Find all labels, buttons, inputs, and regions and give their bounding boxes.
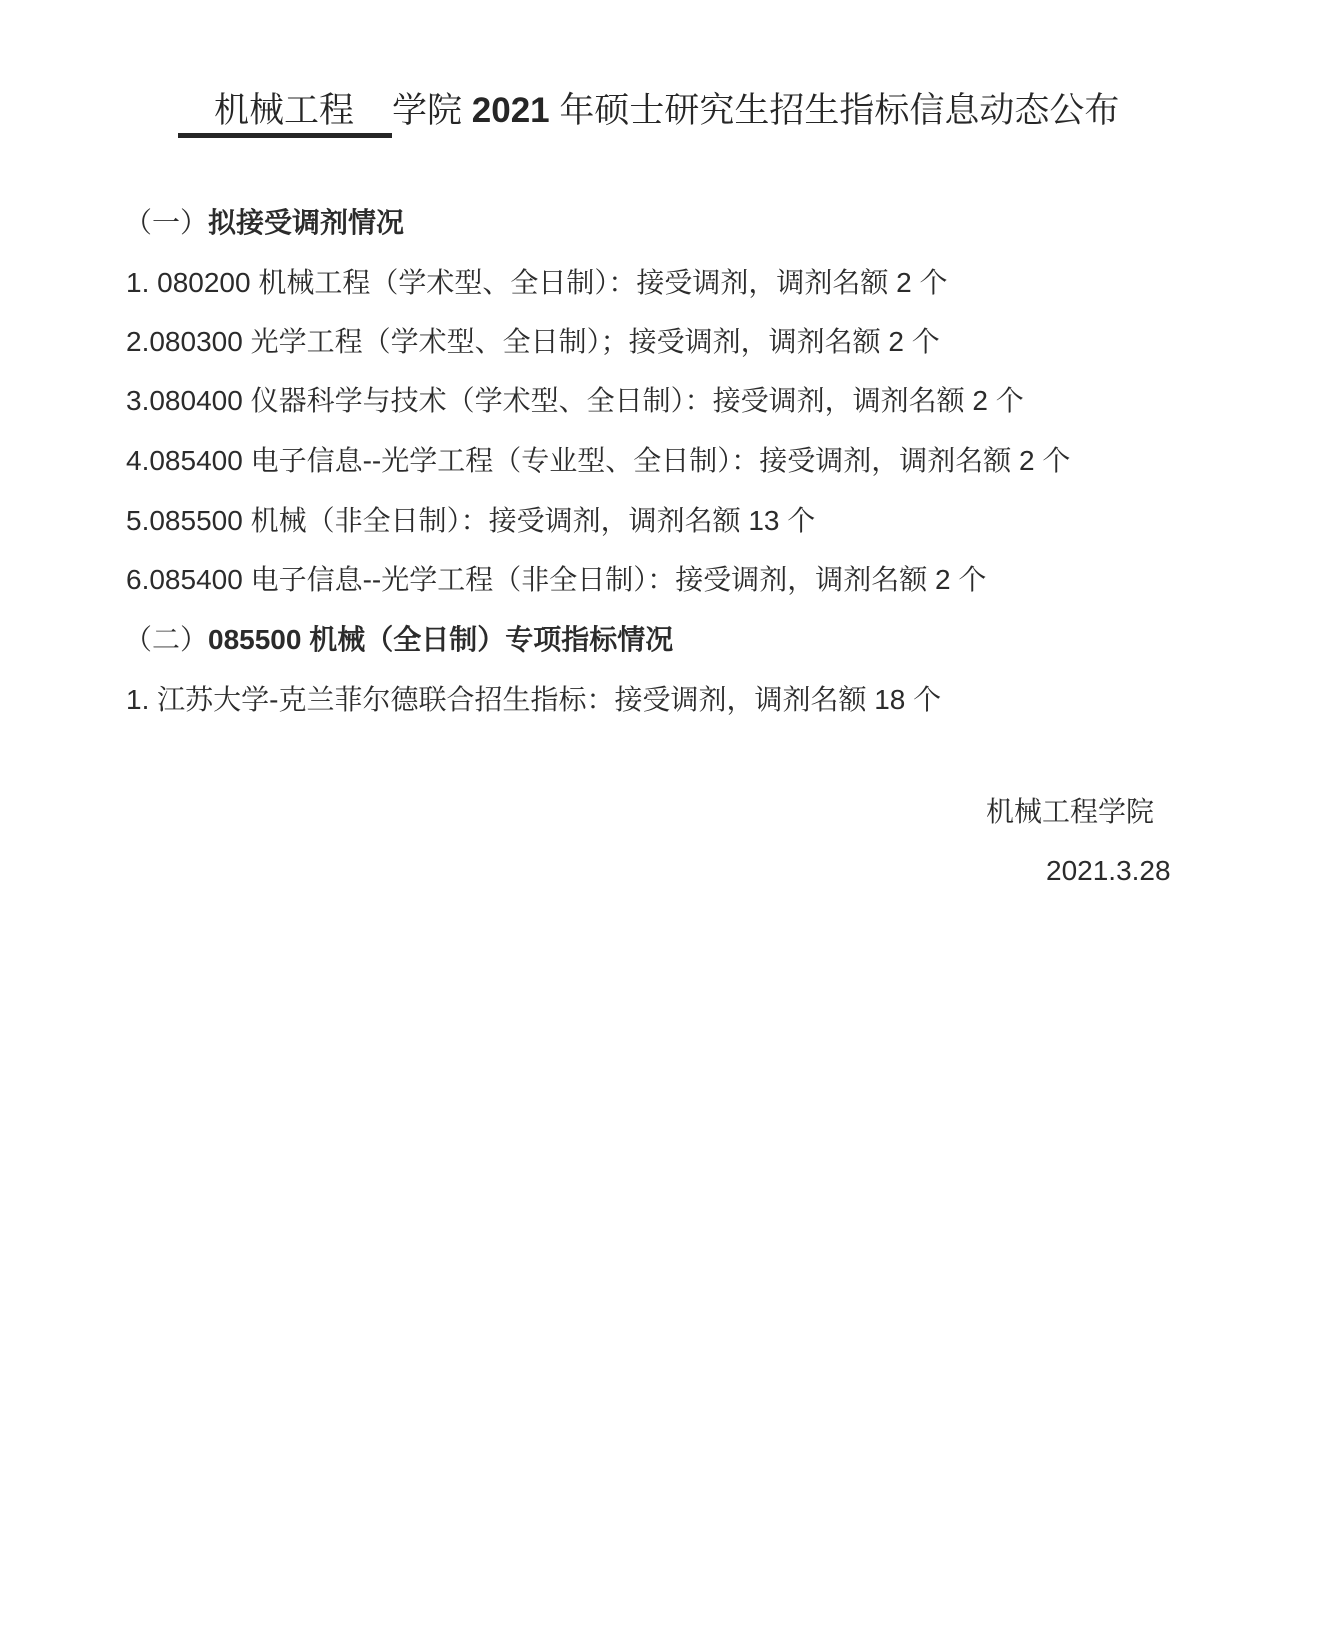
list-item: 2.080300 光学工程（学术型、全日制）；接受调剂，调剂名额 2 个 (126, 322, 940, 362)
list-item: 1. 080200 机械工程（学术型、全日制）：接受调剂，调剂名额 2 个 (126, 263, 947, 303)
section1-heading-prefix: （一） (124, 207, 208, 238)
signature-date: 2021.3.28 (1046, 851, 1171, 891)
list-item: 5.085500 机械（非全日制）：接受调剂，调剂名额 13 个 (126, 501, 815, 541)
title-suffix: 年硕士研究生招生指标信息动态公布 (559, 91, 1119, 130)
document-title: 机械工程学院 2021 年硕士研究生招生指标信息动态公布 (178, 86, 1119, 138)
list-item: 4.085400 电子信息--光学工程（专业型、全日制）：接受调剂，调剂名额 2… (126, 441, 1070, 481)
title-year: 2021 (472, 91, 550, 130)
list-item: 3.080400 仪器科学与技术（学术型、全日制）：接受调剂，调剂名额 2 个 (126, 381, 1024, 421)
section1-heading-text: 拟接受调剂情况 (208, 207, 404, 238)
title-underlined-college: 机械工程 (178, 89, 392, 138)
section1-heading: （一）拟接受调剂情况 (124, 203, 404, 243)
title-prefix: 学院 (392, 91, 462, 130)
section2-heading-text: 085500 机械（全日制）专项指标情况 (208, 624, 673, 655)
signature-org: 机械工程学院 (986, 792, 1154, 832)
section2-heading: （二）085500 机械（全日制）专项指标情况 (124, 620, 673, 660)
list-item: 6.085400 电子信息--光学工程（非全日制）：接受调剂，调剂名额 2 个 (126, 560, 986, 600)
list-item: 1. 江苏大学-克兰菲尔德联合招生指标：接受调剂，调剂名额 18 个 (126, 680, 941, 720)
section2-heading-prefix: （二） (124, 624, 208, 655)
